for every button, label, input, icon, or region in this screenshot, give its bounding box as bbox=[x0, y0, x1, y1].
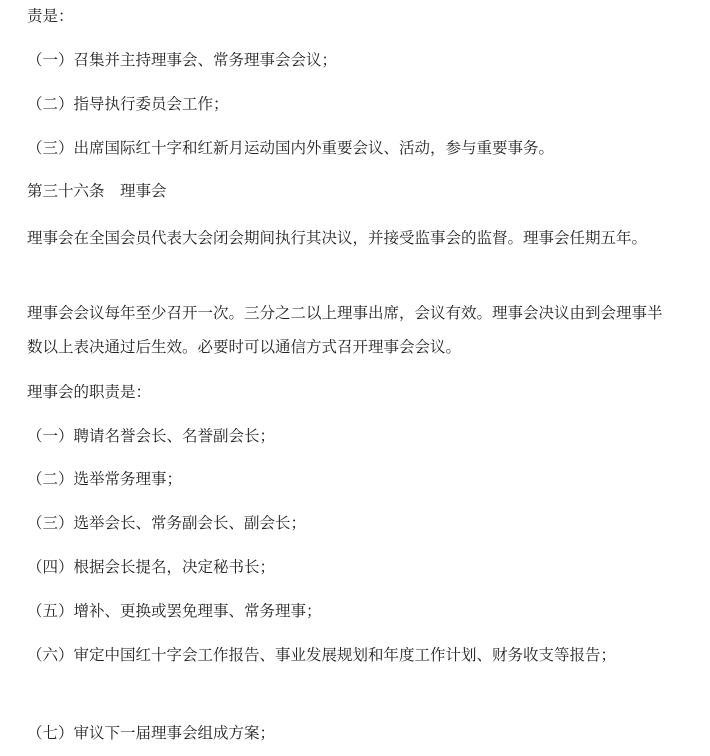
text-line-council-duties: 理事会的职责是： bbox=[27, 382, 151, 402]
list-item-1: （一）聘请名誉会长、名誉副会长； bbox=[27, 426, 275, 446]
text-line-duties-intro: 责是： bbox=[27, 6, 74, 26]
list-item-2: （二）选举常务理事； bbox=[27, 469, 182, 489]
list-item-5: （五）增补、更换或罢免理事、常务理事； bbox=[27, 601, 322, 621]
list-item-6: （六）审定中国红十字会工作报告、事业发展规划和年度工作计划、财务收支等报告； bbox=[27, 638, 672, 672]
list-item-4: （四）根据会长提名，决定秘书长； bbox=[27, 557, 275, 577]
list-item-2: （二）指导执行委员会工作； bbox=[27, 94, 229, 114]
list-item-3: （三）出席国际红十字和红新月运动国内外重要会议、活动，参与重要事务。 bbox=[27, 138, 554, 158]
list-item-7: （七）审议下一届理事会组成方案； bbox=[27, 723, 275, 743]
list-item-3: （三）选举会长、常务副会长、副会长； bbox=[27, 513, 306, 533]
paragraph-council-meetings: 理事会会议每年至少召开一次。三分之二以上理事出席，会议有效。理事会决议由到会理事… bbox=[27, 296, 672, 364]
list-item-1: （一）召集并主持理事会、常务理事会会议； bbox=[27, 50, 337, 70]
paragraph-council-term: 理事会在全国会员代表大会闭会期间执行其决议，并接受监事会的监督。理事会任期五年。 bbox=[27, 221, 672, 255]
article-heading: 第三十六条 理事会 bbox=[27, 181, 167, 201]
